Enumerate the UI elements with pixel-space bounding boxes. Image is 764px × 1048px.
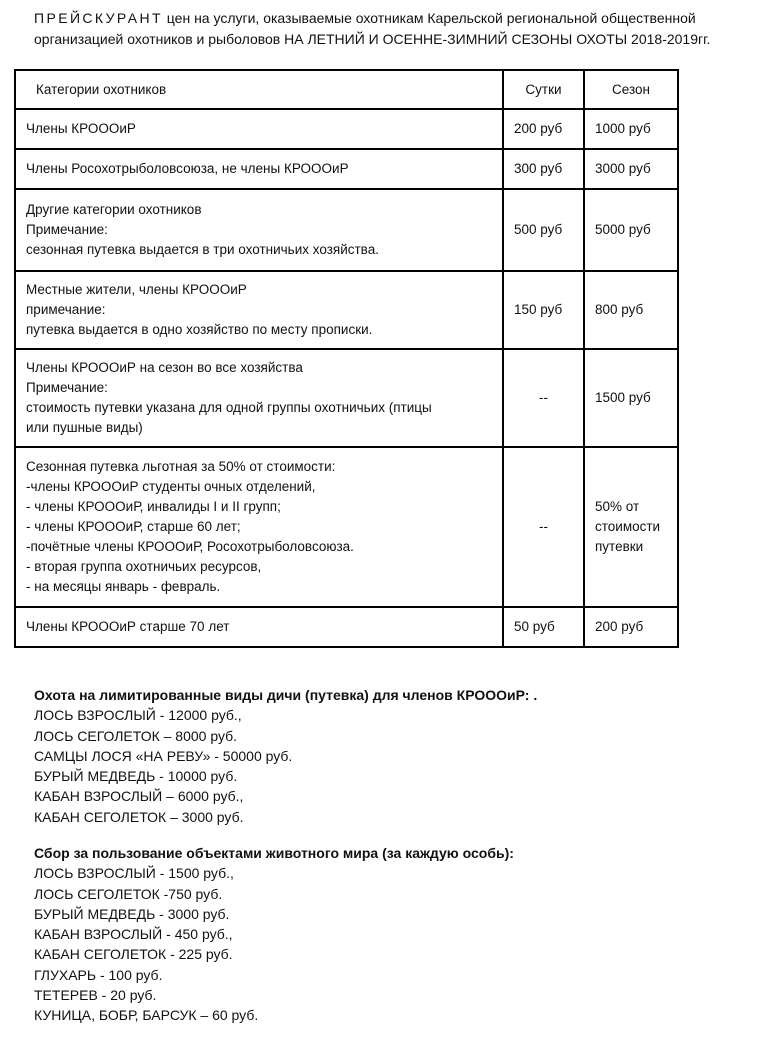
column-header-day: Сутки: [503, 70, 584, 109]
category-cell-line: Члены Росохотрыболовсоюза, не члены КРОО…: [26, 159, 492, 179]
category-cell-line: или пушные виды): [26, 418, 492, 438]
category-cell-line: Примечание:: [26, 378, 492, 398]
list-item: ТЕТЕРЕВ - 20 руб.: [34, 985, 734, 1005]
category-cell-line: - члены КРОООиР, инвалиды I и II групп;: [26, 497, 492, 517]
limited-hunt-section: Охота на лимитированные виды дичи (путев…: [34, 685, 734, 827]
season-price-cell-line: 50% от: [595, 497, 667, 517]
category-cell-line: Члены КРОООиР на сезон во все хозяйства: [26, 358, 492, 378]
season-price-cell: 50% отстоимостипутевки: [584, 447, 678, 607]
header-line-2: организацией охотников и рыболовов НА ЛЕ…: [34, 29, 754, 50]
header-line-1-text: цен на услуги, оказываемые охотникам Кар…: [163, 10, 696, 26]
category-cell-line: Местные жители, члены КРОООиР: [26, 280, 492, 300]
category-cell-line: сезонная путевка выдается в три охотничь…: [26, 240, 492, 260]
day-price-cell: --: [503, 349, 584, 447]
list-item: КАБАН ВЗРОСЛЫЙ - 450 руб.,: [34, 924, 734, 944]
table-row: Члены КРОООиР старше 70 лет50 руб200 руб: [15, 607, 678, 647]
season-price-cell: 1000 руб: [584, 109, 678, 149]
category-cell-line: примечание:: [26, 300, 492, 320]
list-item: ЛОСЬ ВЗРОСЛЫЙ - 12000 руб.,: [34, 705, 734, 725]
season-price-cell: 3000 руб: [584, 149, 678, 189]
category-cell-line: Примечание:: [26, 220, 492, 240]
list-item: ГЛУХАРЬ - 100 руб.: [34, 965, 734, 985]
table-row: Другие категории охотниковПримечание:сез…: [15, 189, 678, 271]
list-item: ЛОСЬ СЕГОЛЕТОК -750 руб.: [34, 884, 734, 904]
season-price-cell: 800 руб: [584, 271, 678, 349]
category-cell: Другие категории охотниковПримечание:сез…: [15, 189, 503, 271]
list-item: КУНИЦА, БОБР, БАРСУК – 60 руб.: [34, 1005, 734, 1025]
column-header-category: Категории охотников: [15, 70, 503, 109]
category-cell: Члены КРОООиР старше 70 лет: [15, 607, 503, 647]
season-price-cell-line: путевки: [595, 537, 667, 557]
limited-hunt-title: Охота на лимитированные виды дичи (путев…: [34, 685, 734, 705]
document-header: ПРЕЙСКУРАНТ цен на услуги, оказываемые о…: [34, 8, 754, 50]
category-cell-line: -почётные члены КРОООиР, Росохотрыболовс…: [26, 537, 492, 557]
season-price-cell-line: 800 руб: [595, 300, 667, 320]
category-cell: Члены КРОООиР: [15, 109, 503, 149]
list-item: САМЦЫ ЛОСЯ «НА РЕВУ» - 50000 руб.: [34, 746, 734, 766]
wildlife-fee-title: Сбор за пользование объектами животного …: [34, 843, 734, 863]
season-price-cell: 5000 руб: [584, 189, 678, 271]
category-cell-line: - вторая группа охотничьих ресурсов,: [26, 557, 492, 577]
category-cell-line: -члены КРОООиР студенты очных отделений,: [26, 477, 492, 497]
category-cell-line: Другие категории охотников: [26, 200, 492, 220]
wildlife-fee-list: ЛОСЬ ВЗРОСЛЫЙ - 1500 руб.,ЛОСЬ СЕГОЛЕТОК…: [34, 863, 734, 1025]
category-cell-line: Члены КРОООиР: [26, 119, 492, 139]
category-cell: Члены Росохотрыболовсоюза, не члены КРОО…: [15, 149, 503, 189]
category-cell-line: стоимость путевки указана для одной груп…: [26, 398, 492, 418]
day-price-cell: 500 руб: [503, 189, 584, 271]
season-price-cell: 200 руб: [584, 607, 678, 647]
price-table: Категории охотников Сутки Сезон Члены КР…: [14, 69, 679, 648]
list-item: БУРЫЙ МЕДВЕДЬ - 10000 руб.: [34, 766, 734, 786]
list-item: ЛОСЬ СЕГОЛЕТОК – 8000 руб.: [34, 726, 734, 746]
category-cell-line: - на месяцы январь - февраль.: [26, 577, 492, 597]
day-price-cell: --: [503, 447, 584, 607]
list-item: ЛОСЬ ВЗРОСЛЫЙ - 1500 руб.,: [34, 863, 734, 883]
category-cell-line: Члены КРОООиР старше 70 лет: [26, 617, 492, 637]
season-price-cell-line: 200 руб: [595, 617, 667, 637]
table-row: Члены КРОООиР на сезон во все хозяйстваП…: [15, 349, 678, 447]
category-cell: Местные жители, члены КРОООиРпримечание:…: [15, 271, 503, 349]
list-item: БУРЫЙ МЕДВЕДЬ - 3000 руб.: [34, 904, 734, 924]
table-row: Члены Росохотрыболовсоюза, не члены КРОО…: [15, 149, 678, 189]
header-line-1: ПРЕЙСКУРАНТ цен на услуги, оказываемые о…: [34, 8, 754, 29]
list-item: КАБАН СЕГОЛЕТОК – 3000 руб.: [34, 807, 734, 827]
category-cell-line: путевка выдается в одно хозяйство по мес…: [26, 320, 492, 340]
season-price-cell-line: 5000 руб: [595, 220, 667, 240]
day-price-cell: 150 руб: [503, 271, 584, 349]
day-price-cell: 200 руб: [503, 109, 584, 149]
limited-hunt-list: ЛОСЬ ВЗРОСЛЫЙ - 12000 руб.,ЛОСЬ СЕГОЛЕТО…: [34, 705, 734, 827]
table-header-row: Категории охотников Сутки Сезон: [15, 70, 678, 109]
day-price-cell: 50 руб: [503, 607, 584, 647]
column-header-season: Сезон: [584, 70, 678, 109]
price-list-title-word: ПРЕЙСКУРАНТ: [34, 10, 163, 26]
season-price-cell: 1500 руб: [584, 349, 678, 447]
list-item: КАБАН ВЗРОСЛЫЙ – 6000 руб.,: [34, 786, 734, 806]
category-cell: Сезонная путевка льготная за 50% от стои…: [15, 447, 503, 607]
season-price-cell-line: 1500 руб: [595, 388, 667, 408]
category-cell-line: Сезонная путевка льготная за 50% от стои…: [26, 457, 492, 477]
season-price-cell-line: 1000 руб: [595, 119, 667, 139]
season-price-cell-line: стоимости: [595, 517, 667, 537]
wildlife-fee-section: Сбор за пользование объектами животного …: [34, 843, 734, 1026]
day-price-cell: 300 руб: [503, 149, 584, 189]
category-cell-line: - члены КРОООиР, старше 60 лет;: [26, 517, 492, 537]
table-row: Члены КРОООиР200 руб1000 руб: [15, 109, 678, 149]
table-row: Местные жители, члены КРОООиРпримечание:…: [15, 271, 678, 349]
category-cell: Члены КРОООиР на сезон во все хозяйстваП…: [15, 349, 503, 447]
season-price-cell-line: 3000 руб: [595, 159, 667, 179]
table-row: Сезонная путевка льготная за 50% от стои…: [15, 447, 678, 607]
list-item: КАБАН СЕГОЛЕТОК - 225 руб.: [34, 944, 734, 964]
